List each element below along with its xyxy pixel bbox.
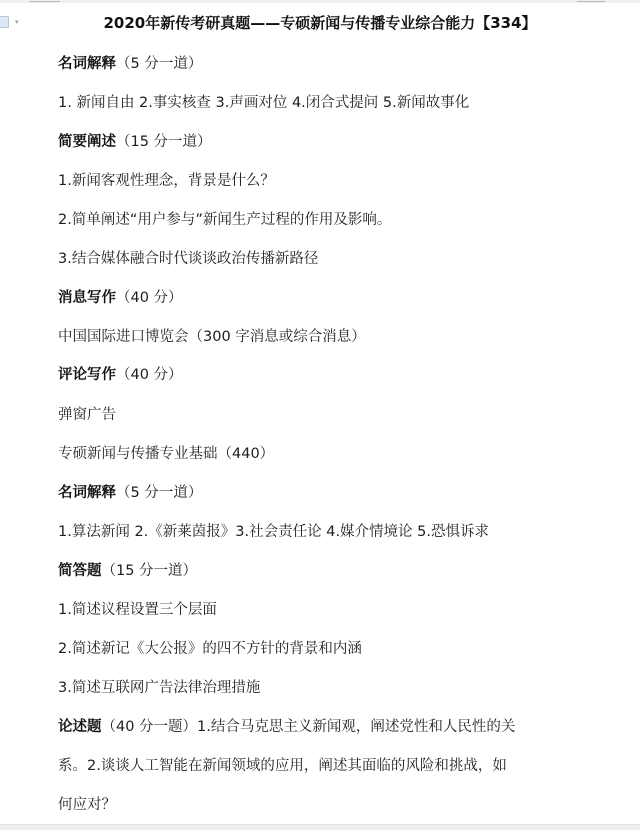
section-heading: 消息写作（40 分） [58, 286, 183, 307]
document-title: 2020年新传考研真题——专硕新闻与传播专业综合能力【334】 [0, 12, 640, 33]
section-heading: 简答题（15 分一道） [58, 559, 197, 580]
section-heading-label: 简要阐述 [58, 134, 116, 150]
essay-heading: 论述题 [58, 719, 102, 735]
document-page: ▾ 2020年新传考研真题——专硕新闻与传播专业综合能力【334】 名词解释（5… [0, 3, 640, 824]
section-heading: 简要阐述（15 分一道） [58, 130, 212, 151]
list-item: 2.简述新记《大公报》的四不方针的背景和内涵 [58, 637, 362, 658]
section-score: （15 分一道） [116, 134, 212, 150]
section-heading-label: 评论写作 [58, 367, 116, 383]
section-score: （15 分一道） [102, 563, 198, 579]
section-score: （40 分） [116, 290, 183, 306]
list-item: 弹窗广告 [58, 403, 116, 424]
ruler-right-margin-marker[interactable] [577, 1, 605, 2]
essay-line: 系。2.谈谈人工智能在新闻领域的应用，阐述其面临的风险和挑战，如 [58, 754, 507, 775]
section-heading: 名词解释（5 分一道） [58, 481, 202, 502]
section-heading-label: 消息写作 [58, 290, 116, 306]
list-item: 1. 新闻自由 2.事实核查 3.声画对位 4.闭合式提问 5.新闻故事化 [58, 91, 469, 112]
section-heading-label: 名词解释 [58, 485, 116, 501]
subject-heading: 专硕新闻与传播专业基础（440） [58, 442, 274, 463]
list-item: 3.简述互联网广告法律治理措施 [58, 676, 260, 697]
section-heading-label: 名词解释 [58, 56, 116, 72]
page-bottom-edge [0, 824, 640, 830]
essay-text: （40 分一题）1.结合马克思主义新闻观，阐述党性和人民性的关 [102, 719, 516, 735]
section-score: （5 分一道） [116, 485, 202, 501]
list-item: 1.算法新闻 2.《新莱茵报》3.社会责任论 4.媒介情境论 5.恐惧诉求 [58, 520, 489, 541]
section-score: （40 分） [116, 367, 183, 383]
essay-line: 论述题（40 分一题）1.结合马克思主义新闻观，阐述党性和人民性的关 [58, 715, 515, 736]
list-item: 3.结合媒体融合时代谈谈政治传播新路径 [58, 247, 318, 268]
list-item: 2.简单阐述“用户参与”新闻生产过程的作用及影响。 [58, 208, 391, 229]
section-heading-label: 简答题 [58, 563, 102, 579]
section-heading: 名词解释（5 分一道） [58, 52, 202, 73]
essay-line: 何应对？ [58, 793, 116, 814]
ruler-left-margin-marker[interactable] [30, 1, 60, 2]
list-item: 1.简述议程设置三个层面 [58, 598, 217, 619]
section-score: （5 分一道） [116, 56, 202, 72]
list-item: 1.新闻客观性理念，背景是什么？ [58, 169, 275, 190]
list-item: 中国国际进口博览会（300 字消息或综合消息） [58, 325, 366, 346]
section-heading: 评论写作（40 分） [58, 363, 183, 384]
